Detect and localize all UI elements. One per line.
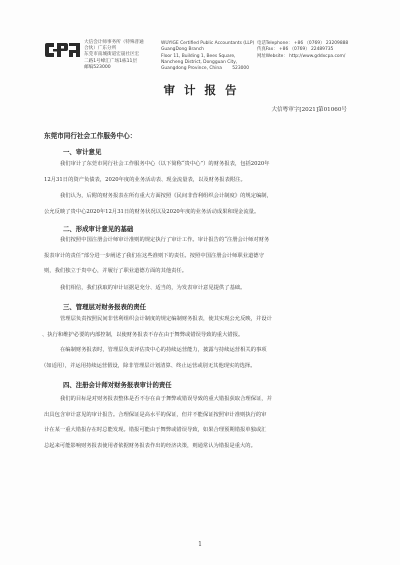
paragraph: 我们相信，我们获取的审计证据是充分、适当的，为发表审计意见提供了基础。 (44, 281, 362, 297)
firm-name-chinese: 大信会计师事务所（特殊普通 合伙）广东分所 东莞市南城街道宏晟社区宏 二路1号峰… (84, 40, 156, 71)
section-heading-management-responsibility: 三、管理层对财务报表的责任 (63, 302, 146, 311)
website-link[interactable]: 网址Website： http://www.gddxcpa.com/ (257, 54, 377, 60)
paragraph-line: 在编制财务报表时，管理层负责评估贵中心的持续运营能力，披露与持续运营相关的事项 (44, 343, 362, 359)
paragraph-line: 则，我们独立于贵中心，并履行了职业道德方面的其他责任。 (44, 264, 362, 280)
addressee: 东莞市同行社会工作服务中心： (44, 130, 136, 140)
firm-name-english: WUYIGE Certified Public Accountants (LLP… (161, 41, 261, 72)
cpa-logo-icon (44, 42, 82, 58)
section-heading-auditor-responsibility: 四、注册会计师对财务报表审计的责任 (63, 380, 172, 389)
paragraph-line: 总起来可能影响财务报表使用者依据财务报表作出的经济决策，则通常认为错报是重大的。 (44, 439, 362, 455)
paragraph-line: 我们相信，我们获取的审计证据是充分、适当的，为发表审计意见提供了基础。 (44, 281, 362, 297)
paragraph-line: 我们按照中国注册会计师审计准则的规定执行了审计工作。审计报告的“注册会计师对财务 (44, 233, 362, 249)
letterhead-en-line: Guangdong Province, China 523000 (161, 66, 249, 72)
letterhead: 大信会计师事务所（特殊普通 合伙）广东分所 东莞市南城街道宏晟社区宏 二路1号峰… (44, 40, 364, 74)
paragraph: 我们按照中国注册会计师审计准则的规定执行了审计工作。审计报告的“注册会计师对财务… (44, 233, 362, 280)
paragraph-line: 公允反映了贵中心2020年12月31日的财务状况以及2020年度的业务活动成果和… (44, 205, 362, 221)
paragraph-line: 、执行和维护必要的内部控制，以使财务报表不存在由于舞弊或错误导致的重大错报。 (42, 328, 362, 344)
paragraph: 我们认为，后附的财务报表在所有重大方面按照《民间非营利组织会计制度》的规定编制，… (44, 189, 362, 220)
paragraph: 我们审计了东莞市同行社会工作服务中心（以下简称“贵中心”）的财务报表，包括202… (44, 157, 362, 188)
firm-contact: 电话Telephone： +86 （0769） 23209888 传真Fax： … (257, 41, 377, 60)
paragraph: 我们的目标是对财务报表整体是否不存在由于舞弊或错误导致的重大错报获取合理保证，并… (44, 392, 362, 454)
paragraph-line: 报表审计的责任”部分进一步阐述了我们在这些准则下的责任。按照中国注册会计师职业道… (44, 249, 362, 265)
document-title: 审计报告 (0, 82, 400, 98)
paragraph: 在编制财务报表时，管理层负责评估贵中心的持续运营能力，披露与持续运营相关的事项 … (44, 343, 362, 374)
firm-logo (44, 42, 82, 58)
province-text: Guangdong Province, China (161, 66, 222, 72)
section-heading-audit-opinion: 一、审计意见 (63, 147, 101, 156)
paragraph-line: 我们认为，后附的财务报表在所有重大方面按照《民间非营利组织会计制度》的规定编制， (44, 189, 362, 205)
paragraph-line: （如适用），并运用持续运营假设，除非管理层计划清算、终止运营或别无其他现实的选择… (41, 359, 362, 375)
paragraph-line: 出具包含审计意见的审计报告。合理保证是高水平的保证，但并不能保证按照审计准则执行… (44, 408, 362, 424)
paragraph-line: 计在某一重大错报存在时总能发现。错报可能由于舞弊或错误导致，如果合理预期错报单独… (44, 423, 362, 439)
document-page: 大信会计师事务所（特殊普通 合伙）广东分所 东莞市南城街道宏晟社区宏 二路1号峰… (0, 0, 400, 565)
page-number: 1 (0, 541, 400, 548)
section-heading-basis-for-opinion: 二、形成审计意见的基础 (63, 224, 133, 233)
paragraph-line: 管理层负责按照民间非营利组织会计制度的规定编制财务报表，使其实现公允反映，并设计 (44, 312, 362, 328)
reference-number: 大信粤审字[2021]第01060号 (271, 105, 347, 113)
paragraph-line: 我们审计了东莞市同行社会工作服务中心（以下简称“贵中心”）的财务报表，包括202… (44, 157, 362, 173)
paragraph-line: 我们的目标是对财务报表整体是否不存在由于舞弊或错误导致的重大错报获取合理保证，并 (44, 392, 362, 408)
letterhead-cn-line: 邮编523000 (84, 65, 156, 71)
paragraph-line: 12月31日的资产负债表，2020年度的业务活动表、现金流量表，以及财务报表附注… (44, 173, 362, 189)
postal-code: 523000 (232, 66, 249, 72)
paragraph: 管理层负责按照民间非营利组织会计制度的规定编制财务报表，使其实现公允反映，并设计… (44, 312, 362, 343)
